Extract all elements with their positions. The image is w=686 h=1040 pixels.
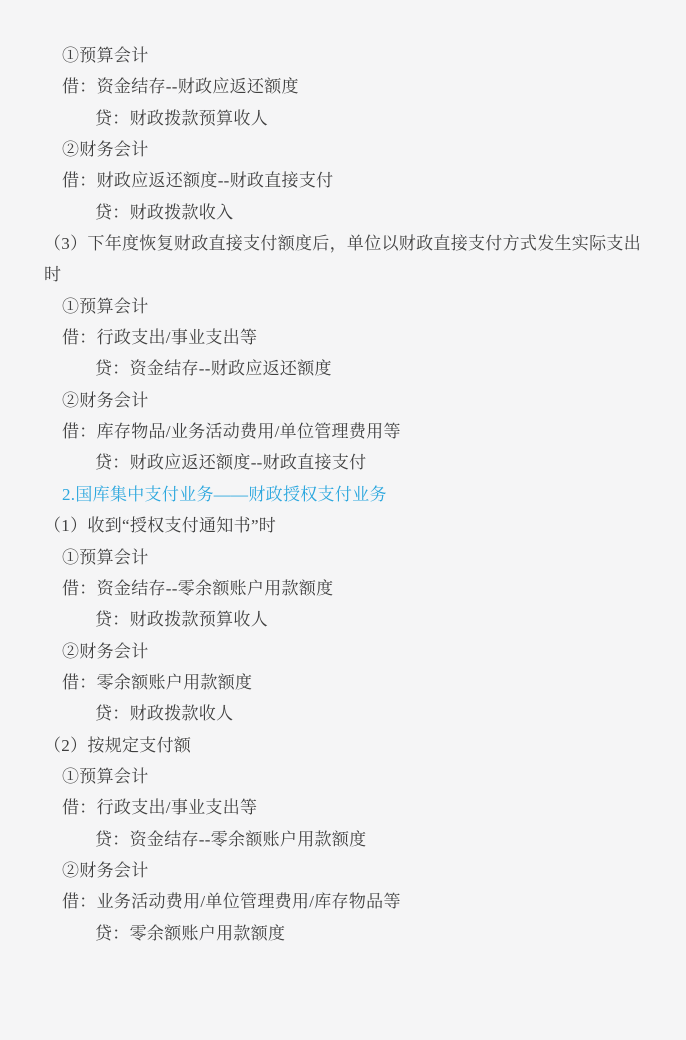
text-line: 借：零余额账户用款额度 bbox=[0, 667, 642, 698]
text-line: （3）下年度恢复财政直接支付额度后，单位以财政直接支付方式发生实际支出 bbox=[0, 228, 642, 259]
text-line: 贷：财政拨款收入 bbox=[0, 197, 642, 228]
text-line: 时 bbox=[0, 259, 642, 290]
text-line: ①预算会计 bbox=[0, 40, 642, 71]
document-page: ①预算会计借：资金结存--财政应返还额度贷：财政拨款预算收人②财务会计借：财政应… bbox=[0, 0, 686, 1040]
text-line: （1）收到“授权支付通知书”时 bbox=[0, 510, 642, 541]
text-line: 借：行政支出/事业支出等 bbox=[0, 792, 642, 823]
text-line: ①预算会计 bbox=[0, 761, 642, 792]
text-line: ②财务会计 bbox=[0, 134, 642, 165]
text-line: 借：库存物品/业务活动费用/单位管理费用等 bbox=[0, 416, 642, 447]
text-line: 贷：资金结存--财政应返还额度 bbox=[0, 353, 642, 384]
text-line: 借：业务活动费用/单位管理费用/库存物品等 bbox=[0, 886, 642, 917]
text-line: ①预算会计 bbox=[0, 542, 642, 573]
text-line: 借：行政支出/事业支出等 bbox=[0, 322, 642, 353]
document-body: ①预算会计借：资金结存--财政应返还额度贷：财政拨款预算收人②财务会计借：财政应… bbox=[0, 40, 642, 949]
text-line: 贷：财政拨款预算收人 bbox=[0, 103, 642, 134]
text-line: 贷：财政拨款预算收人 bbox=[0, 604, 642, 635]
text-line: ②财务会计 bbox=[0, 385, 642, 416]
text-line: 借：资金结存--财政应返还额度 bbox=[0, 71, 642, 102]
text-line: 贷：零余额账户用款额度 bbox=[0, 918, 642, 949]
text-line: ②财务会计 bbox=[0, 636, 642, 667]
text-line: ②财务会计 bbox=[0, 855, 642, 886]
text-line: （2）按规定支付额 bbox=[0, 730, 642, 761]
text-line: 贷：财政应返还额度--财政直接支付 bbox=[0, 447, 642, 478]
section-heading: 2.国库集中支付业务——财政授权支付业务 bbox=[0, 479, 642, 510]
text-line: ①预算会计 bbox=[0, 291, 642, 322]
text-line: 贷：财政拨款收人 bbox=[0, 698, 642, 729]
text-line: 借：资金结存--零余额账户用款额度 bbox=[0, 573, 642, 604]
text-line: 贷：资金结存--零余额账户用款额度 bbox=[0, 824, 642, 855]
text-line: 借：财政应返还额度--财政直接支付 bbox=[0, 165, 642, 196]
